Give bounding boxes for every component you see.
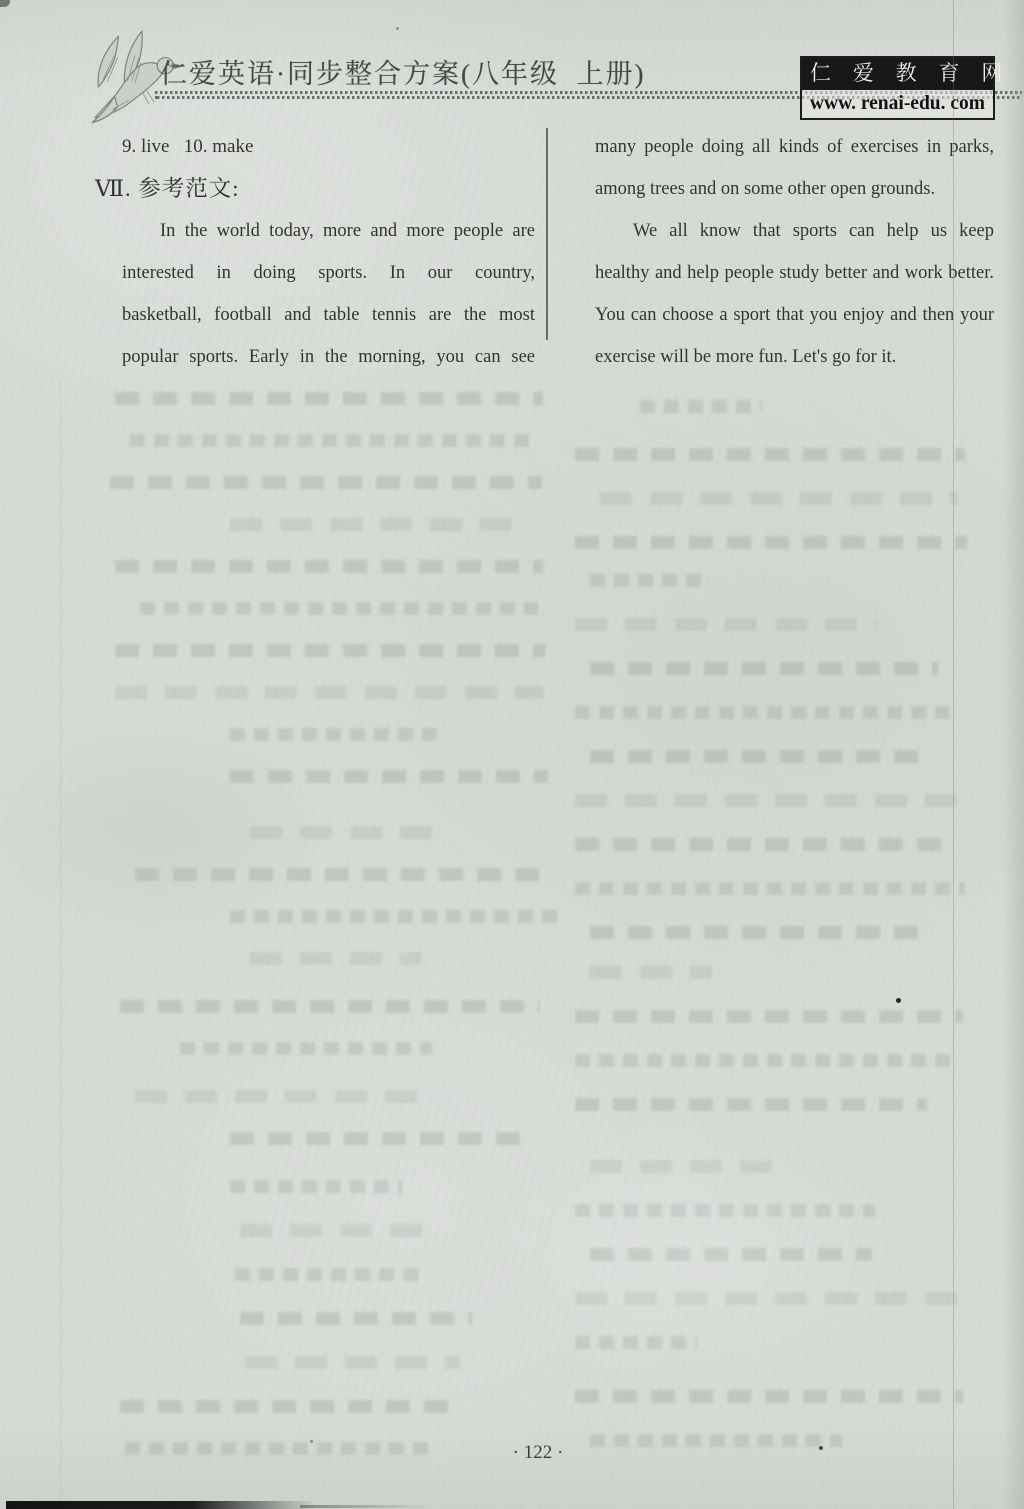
scan-edge-shadow-fade	[300, 1505, 430, 1508]
ink-speck	[396, 27, 399, 30]
essay-line: popular sports. Early in the morning, yo…	[122, 336, 535, 378]
publisher-badge: 仁 爱 教 育 网 www. renai-edu. com	[800, 56, 995, 120]
essay-line: many people doing all kinds of exercises…	[595, 126, 994, 168]
section-heading: Ⅶ. 参考范文:	[95, 168, 535, 210]
essay-line: exercise will be more fun. Let's go for …	[595, 336, 994, 378]
scan-crease-line-left	[60, 380, 61, 1509]
essay-line: healthy and help people study better and…	[595, 252, 994, 294]
essay-line: You can choose a sport that you enjoy an…	[595, 294, 994, 336]
ink-speck	[310, 1440, 313, 1443]
page-number: · 122 ·	[473, 1442, 603, 1464]
essay-line: We all know that sports can help us keep	[595, 210, 994, 252]
right-column: many people doing all kinds of exercises…	[595, 126, 994, 378]
scan-edge-shadow	[6, 1501, 316, 1509]
column-divider	[546, 128, 548, 340]
scan-crease-line	[953, 0, 954, 1509]
left-column: 9. live 10. make Ⅶ. 参考范文: In the world t…	[122, 126, 535, 378]
scan-corner-mark	[0, 0, 10, 7]
scanned-book-page: 仁爱英语·同步整合方案(八年级 上册) 仁 爱 教 育 网 www. renai…	[0, 0, 1024, 1509]
ink-speck	[896, 998, 901, 1003]
answer-line: 9. live 10. make	[122, 126, 535, 168]
book-title: 仁爱英语·同步整合方案(八年级 上册)	[160, 52, 780, 91]
publisher-name: 仁 爱 教 育 网	[802, 58, 993, 90]
publisher-url: www. renai-edu. com	[802, 90, 993, 118]
ink-speck	[819, 1446, 823, 1450]
essay-line: among trees and on some other open groun…	[595, 168, 994, 210]
essay-line: In the world today, more and more people…	[122, 210, 535, 252]
essay-line: basketball, football and table tennis ar…	[122, 294, 535, 336]
essay-line: interested in doing sports. In our count…	[122, 252, 535, 294]
